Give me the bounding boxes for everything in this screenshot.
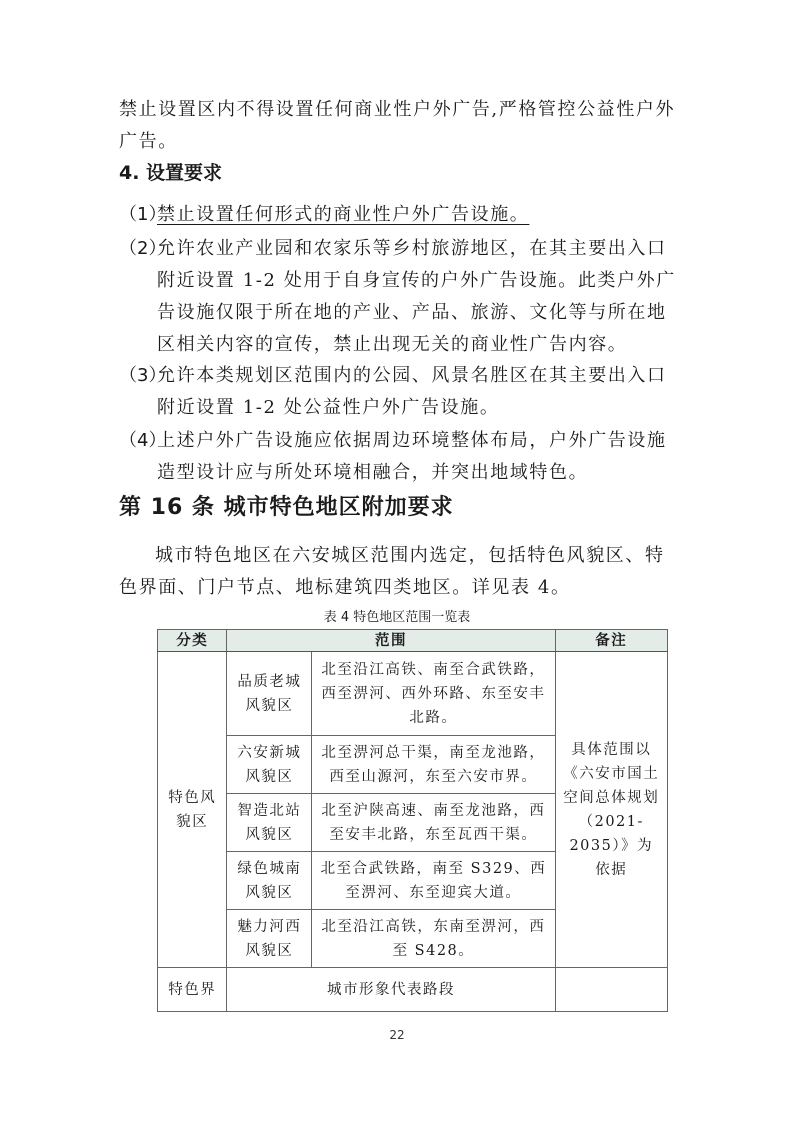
range-cell: 北至淠河总干渠，南至龙池路，西至山源河，东至六安市界。 xyxy=(312,736,555,794)
section-heading-requirements: 4. 设置要求 xyxy=(119,158,222,185)
article-heading: 第 16 条 城市特色地区附加要求 xyxy=(119,490,454,521)
page-number: 22 xyxy=(0,1028,794,1042)
area-name-cell: 魅力河西风貌区 xyxy=(227,910,312,968)
list-item-3: （3） 允许本类规划区范围内的公园、风景名胜区在其主要出入口附近设置 1-2 处… xyxy=(119,360,682,424)
list-item-2: （2） 允许农业产业园和农家乐等乡村旅游地区，在其主要出入口附近设置 1-2 处… xyxy=(119,233,682,361)
header-category: 分类 xyxy=(158,630,227,652)
area-name-cell: 智造北站风貌区 xyxy=(227,794,312,852)
table-row: 特色风貌区 品质老城风貌区 北至沿江高铁、南至合武铁路，西至淠河、西外环路、东至… xyxy=(158,652,668,736)
list-item-1: （1） 禁止设置任何形式的商业性户外广告设施。 xyxy=(119,199,682,231)
area-name-cell: 六安新城风貌区 xyxy=(227,736,312,794)
list-number: （2） xyxy=(119,233,157,361)
header-range: 范围 xyxy=(227,630,555,652)
note-cell xyxy=(555,968,667,1012)
header-note: 备注 xyxy=(555,630,667,652)
range-cell: 北至沿江高铁、南至合武铁路，西至淠河、西外环路、东至安丰北路。 xyxy=(312,652,555,736)
table-header-row: 分类 范围 备注 xyxy=(158,630,668,652)
area-name-cell: 绿色城南风貌区 xyxy=(227,852,312,910)
feature-area-table: 分类 范围 备注 特色风貌区 品质老城风貌区 北至沿江高铁、南至合武铁路，西至淠… xyxy=(157,629,668,1012)
table-caption: 表 4 特色地区范围一览表 xyxy=(0,606,794,625)
range-cell: 城市形象代表路段 xyxy=(227,968,555,1012)
list-number: （4） xyxy=(119,425,157,489)
document-page: 禁止设置区内不得设置任何商业性户外广告,严格管控公益性户外广告。 4. 设置要求… xyxy=(0,0,794,1122)
range-cell: 北至沿江高铁，东南至淠河，西至 S428。 xyxy=(312,910,555,968)
list-text: 上述户外广告设施应依据周边环境整体布局，户外广告设施造型设计应与所处环境相融合，… xyxy=(157,425,682,489)
list-text: 禁止设置任何形式的商业性户外广告设施。 xyxy=(157,199,682,231)
article-body: 城市特色地区在六安城区范围内选定，包括特色风貌区、特色界面、门户节点、地标建筑四… xyxy=(119,540,682,604)
note-cell: 具体范围以《六安市国土空间总体规划（2021-2035）》为依据 xyxy=(555,652,667,968)
area-name-cell: 品质老城风貌区 xyxy=(227,652,312,736)
list-text: 允许农业产业园和农家乐等乡村旅游地区，在其主要出入口附近设置 1-2 处用于自身… xyxy=(157,233,682,361)
list-item-4: （4） 上述户外广告设施应依据周边环境整体布局，户外广告设施造型设计应与所处环境… xyxy=(119,425,682,489)
intro-paragraph: 禁止设置区内不得设置任何商业性户外广告,严格管控公益性户外广告。 xyxy=(119,94,682,158)
list-number: （3） xyxy=(119,360,157,424)
range-cell: 北至沪陕高速、南至龙池路，西至安丰北路，东至瓦西干渠。 xyxy=(312,794,555,852)
category-cell: 特色风貌区 xyxy=(158,652,227,968)
range-cell: 北至合武铁路，南至 S329、西至淠河、东至迎宾大道。 xyxy=(312,852,555,910)
list-number: （1） xyxy=(119,199,157,231)
category-cell: 特色界 xyxy=(158,968,227,1012)
table-row: 特色界 城市形象代表路段 xyxy=(158,968,668,1012)
list-text: 允许本类规划区范围内的公园、风景名胜区在其主要出入口附近设置 1-2 处公益性户… xyxy=(157,360,682,424)
